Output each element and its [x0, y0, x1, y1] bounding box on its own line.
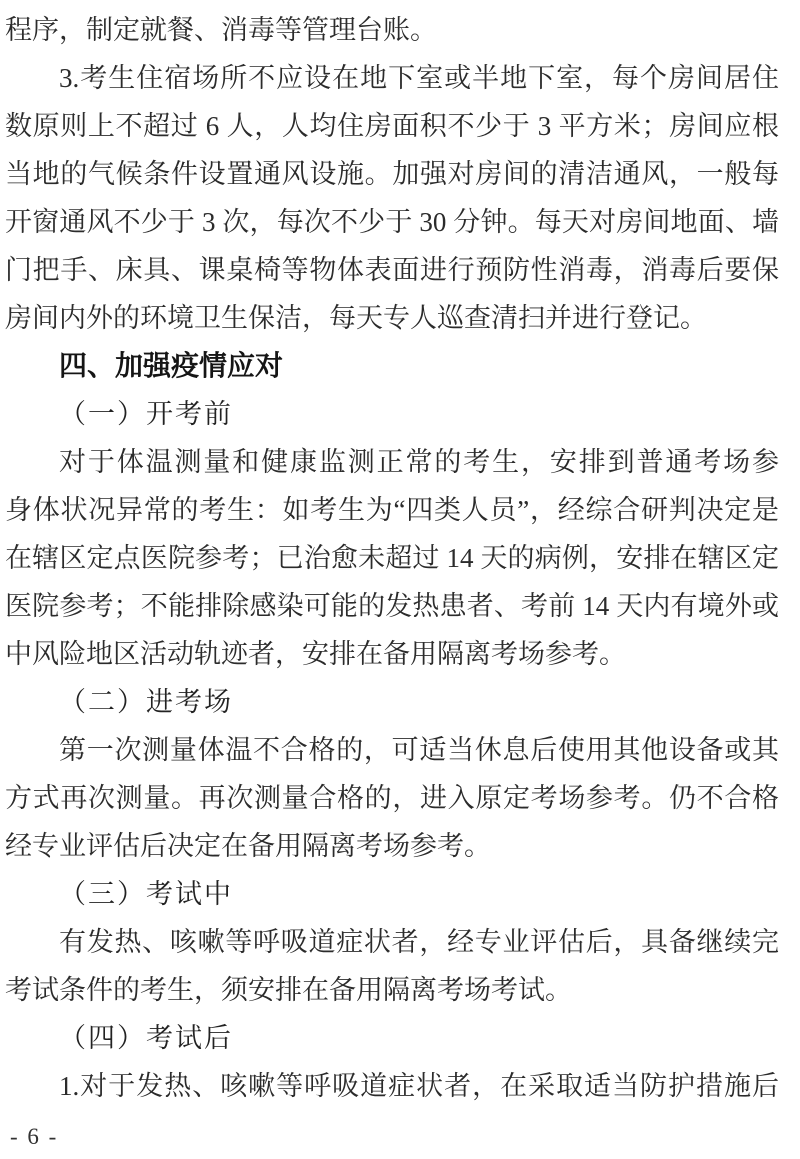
text-line: 3.考生住宿场所不应设在地下室或半地下室，每个房间居住人 [5, 54, 779, 102]
paragraph-after-exam: 1.对于发热、咳嗽等呼吸道症状者，在采取适当防护措施后立 [5, 1062, 779, 1110]
text-line: 门把手、床具、课桌椅等物体表面进行预防性消毒，消毒后要保持 [5, 246, 779, 294]
subheading-before-exam: （一）开考前 [5, 390, 779, 438]
text-line: 对于体温测量和健康监测正常的考生，安排到普通考场参考。 [5, 438, 779, 486]
text-line: （三）考试中 [5, 870, 779, 918]
paragraph-during-exam: 有发热、咳嗽等呼吸道症状者，经专业评估后，具备继续完成考试条件的考生，须安排在备… [5, 918, 779, 1014]
document-body: 程序，制定就餐、消毒等管理台账。3.考生住宿场所不应设在地下室或半地下室，每个房… [5, 6, 779, 1110]
text-line: 开窗通风不少于 3 次，每次不少于 30 分钟。每天对房间地面、墙壁、 [5, 198, 779, 246]
text-line: 有发热、咳嗽等呼吸道症状者，经专业评估后，具备继续完成 [5, 918, 779, 966]
document-page: 程序，制定就餐、消毒等管理台账。3.考生住宿场所不应设在地下室或半地下室，每个房… [0, 0, 800, 1159]
text-line: 中风险地区活动轨迹者，安排在备用隔离考场参考。 [5, 630, 779, 678]
text-line: 身体状况异常的考生：如考生为“四类人员”，经综合研判决定是否 [5, 486, 779, 534]
text-line: （四）考试后 [5, 1014, 779, 1062]
text-line: 方式再次测量。再次测量合格的，进入原定考场参考。仍不合格的， [5, 774, 779, 822]
paragraph-dining-ledger: 程序，制定就餐、消毒等管理台账。 [5, 6, 779, 54]
paragraph-accommodation-rules: 3.考生住宿场所不应设在地下室或半地下室，每个房间居住人数原则上不超过 6 人，… [5, 54, 779, 342]
text-line: 程序，制定就餐、消毒等管理台账。 [5, 6, 779, 54]
text-line: 经专业评估后决定在备用隔离考场参考。 [5, 822, 779, 870]
text-line: （一）开考前 [5, 390, 779, 438]
text-line: 在辖区定点医院参考；已治愈未超过 14 天的病例，安排在辖区定点 [5, 534, 779, 582]
subheading-after-exam: （四）考试后 [5, 1014, 779, 1062]
text-line: 四、加强疫情应对 [5, 342, 779, 390]
page-number: - 6 - [10, 1124, 58, 1150]
text-line: 第一次测量体温不合格的，可适当休息后使用其他设备或其他 [5, 726, 779, 774]
text-line: 考试条件的考生，须安排在备用隔离考场考试。 [5, 966, 779, 1014]
text-line: 房间内外的环境卫生保洁，每天专人巡查清扫并进行登记。 [5, 294, 779, 342]
paragraph-entering-exam-site: 第一次测量体温不合格的，可适当休息后使用其他设备或其他方式再次测量。再次测量合格… [5, 726, 779, 870]
text-line: 医院参考；不能排除感染可能的发热患者、考前 14 天内有境外或高 [5, 582, 779, 630]
subheading-entering-exam-site: （二）进考场 [5, 678, 779, 726]
text-line: 1.对于发热、咳嗽等呼吸道症状者，在采取适当防护措施后立 [5, 1062, 779, 1110]
text-line: 数原则上不超过 6 人，人均住房面积不少于 3 平方米；房间应根据 [5, 102, 779, 150]
text-line: （二）进考场 [5, 678, 779, 726]
paragraph-before-exam: 对于体温测量和健康监测正常的考生，安排到普通考场参考。身体状况异常的考生：如考生… [5, 438, 779, 678]
section-heading-4: 四、加强疫情应对 [5, 342, 779, 390]
subheading-during-exam: （三）考试中 [5, 870, 779, 918]
text-line: 当地的气候条件设置通风设施。加强对房间的清洁通风，一般每天 [5, 150, 779, 198]
